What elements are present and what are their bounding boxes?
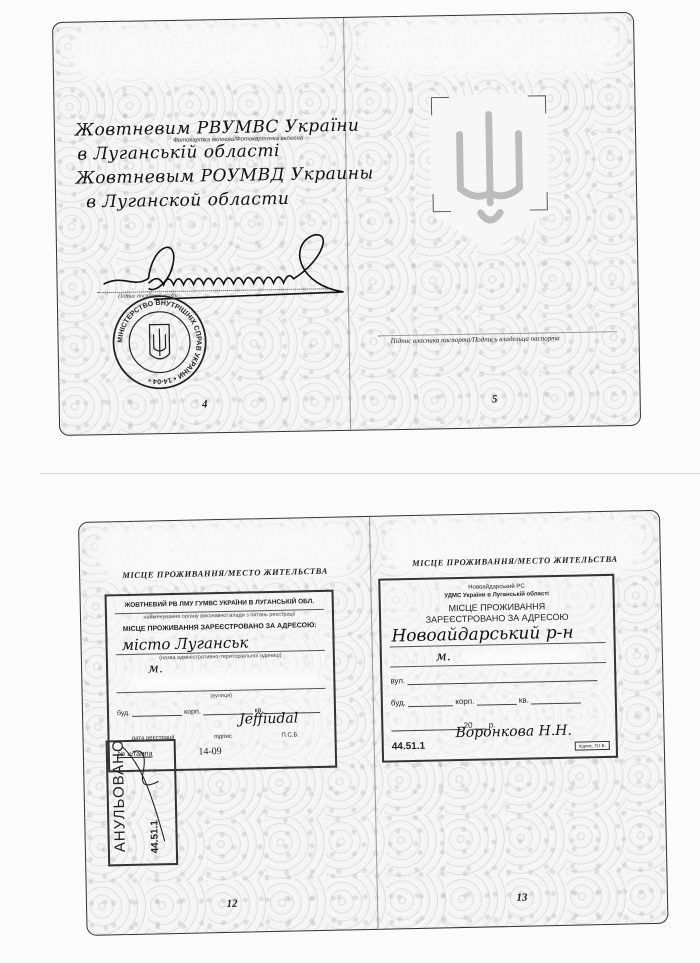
stamp-registered-label: МІСЦЕ ПРОЖИВАННЯ ЗАРЕЄСТРОВАНО ЗА АДРЕСО… [107, 622, 332, 634]
page-number-13: 13 [377, 889, 667, 907]
block-label: корп. [184, 708, 201, 715]
building-label: буд. [391, 698, 406, 707]
scan-fold-line [40, 473, 700, 474]
registration-stamp-current: Новоайдарський РС УДМС України в Лугансь… [378, 574, 618, 763]
page-number-5: 5 [350, 391, 640, 408]
handwritten-issuer-line-4: в Луганской области [86, 189, 290, 213]
street-label: вул. [390, 676, 405, 685]
stamp-code: 14-09 [198, 746, 222, 757]
passport-spread-pages-4-5: Жовтневим РВУМВС України Фотокартка вкле… [52, 12, 641, 436]
handwritten-issuer-line-3: Жовтневым РОУМВД Украины [76, 163, 374, 188]
stamp-code: 44.51.1 [392, 741, 426, 753]
stamp-authority: ЖОВТНЕВИЙ РВ ЛМУ ГУМВС УКРАЇНИ В ЛУГАНСЬ… [107, 598, 332, 610]
handwritten-issuer-line-2: в Луганській області [77, 141, 280, 165]
handwritten-prefix: м. [148, 661, 163, 676]
handwritten-prefix: м. [436, 649, 451, 664]
cancelled-stamp: АНУЛЬОВАНО 44.51.1 [106, 739, 179, 866]
trident-emblem-icon [429, 92, 550, 254]
address-row: буд. корп. кв. [391, 694, 607, 708]
passport-page-5: Підпис власника паспорта/Подпись владель… [343, 13, 640, 430]
passport-page-4: Жовтневим РВУМВС України Фотокартка вкле… [53, 18, 351, 435]
passport-page-13: МІСЦЕ ПРОЖИВАННЯ/МЕСТО ЖИТЕЛЬСТВА Новоай… [369, 511, 668, 929]
signature-label: підпис [214, 734, 232, 740]
initials: П.С.Б. [281, 732, 299, 738]
handwritten-signature: Воронкова Н.Н. [455, 723, 572, 741]
redacted-area [70, 22, 326, 81]
building-label: буд. [117, 710, 130, 717]
ministry-round-stamp: МІНІСТЕРСТВО ВНУТРІШНІХ СПРАВ УКРАЇНИ • … [110, 292, 210, 392]
cancel-scribble [118, 741, 180, 852]
redacted-area [128, 672, 318, 690]
signature-box: підпис, П.І.Б. [575, 741, 610, 751]
registrar-signature: Jeffiudal [239, 710, 298, 727]
page-number-12: 12 [87, 895, 377, 913]
passport-spread-pages-12-13: МІСЦЕ ПРОЖИВАННЯ/МЕСТО ЖИТЕЛЬСТВА ЖОВТНЕ… [78, 510, 669, 936]
page-number-4: 4 [60, 396, 350, 413]
redacted-area [360, 17, 616, 76]
passport-page-12: МІСЦЕ ПРОЖИВАННЯ/МЕСТО ЖИТЕЛЬСТВА ЖОВТНЕ… [79, 517, 379, 935]
block-label: корп. [455, 697, 474, 706]
street-row: вул. [390, 672, 606, 686]
apartment-label: кв. [519, 696, 529, 705]
holder-signature-caption: Підпис власника паспорта/Подпись владель… [391, 334, 560, 345]
